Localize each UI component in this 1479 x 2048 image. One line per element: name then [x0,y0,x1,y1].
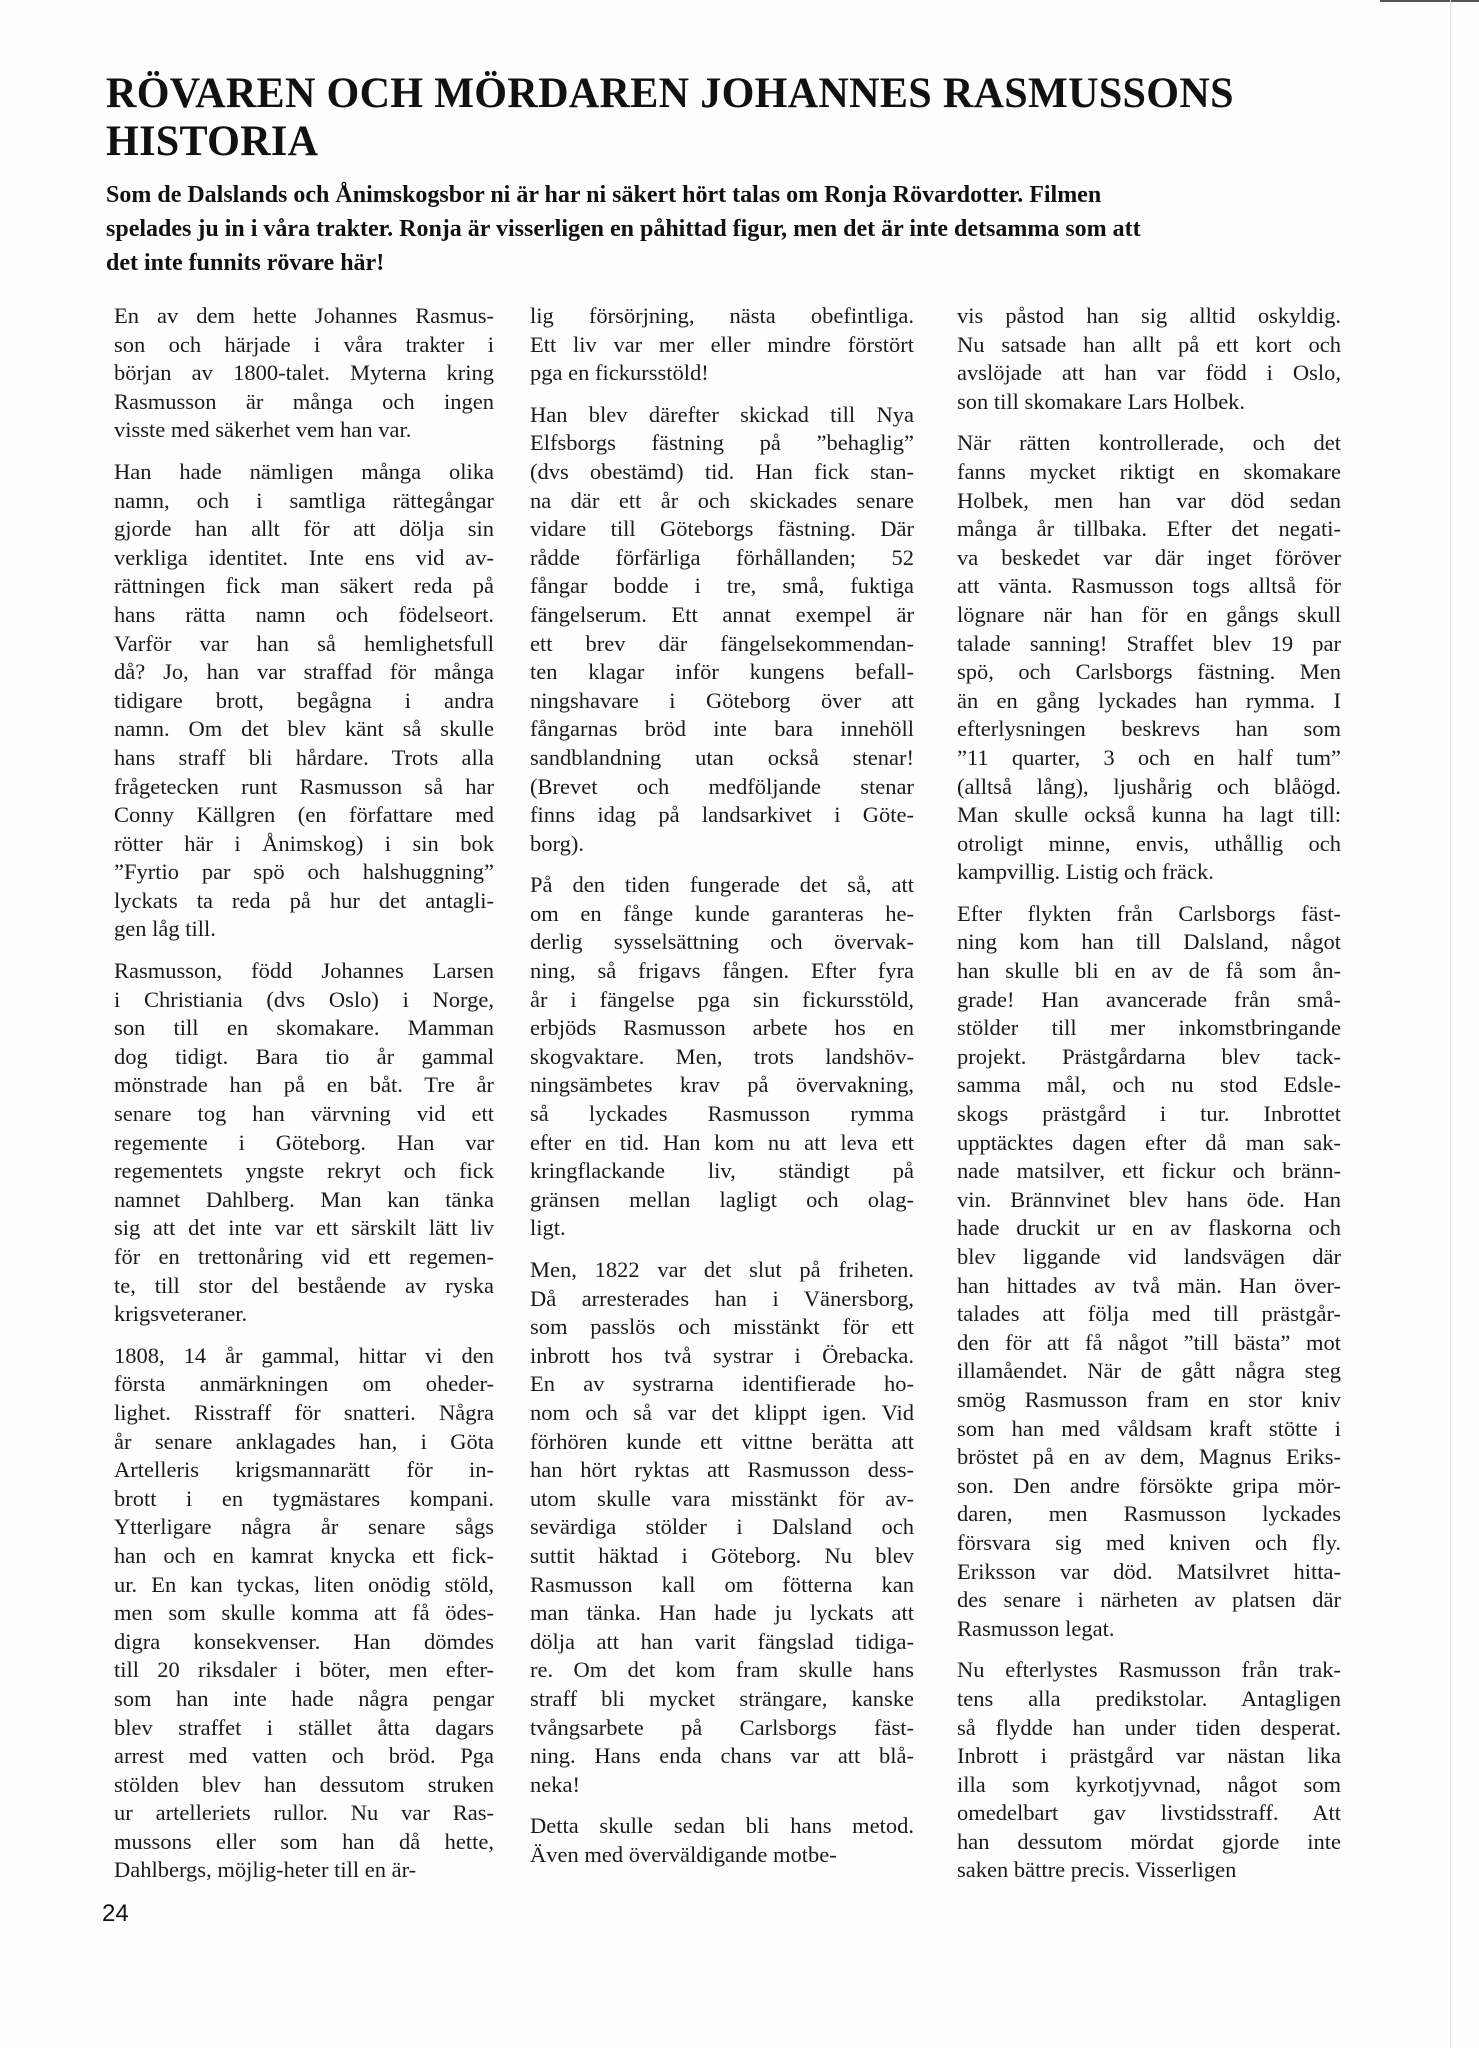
paragraph: Nu efterlystes Rasmusson från trak-tens … [957,1656,1341,1885]
text-line: gen låg till. [114,915,494,944]
text-line: bröstet på en av dem, Magnus Eriks- [957,1443,1341,1472]
body-column-2: lig försörjning, nästa obefintliga.Ett l… [530,302,914,1882]
text-line: för en trettonåring vid ett regemen- [114,1243,494,1272]
text-line: som han inte hade några pengar [114,1685,494,1714]
text-line: kampvillig. Listig och fräck. [957,858,1341,887]
text-line: samma mål, och nu stod Edsle- [957,1071,1341,1100]
text-line: sig att det inte var ett särskilt lätt l… [114,1214,494,1243]
text-line: På den tiden fungerade det så, att [530,871,914,900]
text-line: hade druckit ur en av flaskorna och [957,1214,1341,1243]
text-line: (dvs obestämd) tid. Han fick stan- [530,458,914,487]
text-line: stölder till mer inkomstbringande [957,1014,1341,1043]
text-line: talade sanning! Straffet blev 19 par [957,630,1341,659]
text-line: Dahlbergs, möjlig-heter till en är- [114,1856,494,1885]
text-line: Varför var han så hemlighetsfull [114,630,494,659]
text-line: vis påstod han sig alltid oskyldig. [957,302,1341,331]
text-line: efterlysningen beskrevs han som [957,715,1341,744]
text-line: namnet Dahlberg. Man kan tänka [114,1186,494,1215]
text-line: straff bli mycket strängare, kanske [530,1685,914,1714]
text-line: Då arresterades han i Vänersborg, [530,1285,914,1314]
paragraph: Detta skulle sedan bli hans metod.Även m… [530,1812,914,1869]
text-line: 1808, 14 år gammal, hittar vi den [114,1342,494,1371]
text-line: En av dem hette Johannes Rasmus- [114,302,494,331]
text-line: han hört ryktas att Rasmusson dess- [530,1456,914,1485]
text-line: så lyckades Rasmusson rymma [530,1100,914,1129]
text-line: rättningen fick man säkert reda på [114,572,494,601]
text-line: När rätten kontrollerade, och det [957,429,1341,458]
article-lead: Som de Dalslands och Ånimskogsbor ni är … [106,178,1356,280]
text-line: tens alla predikstolar. Antagligen [957,1685,1341,1714]
text-line: arrest med vatten och bröd. Pga [114,1742,494,1771]
text-line: sandblandning utan också stenar! [530,744,914,773]
text-line: Elfsborgs fästning på ”behaglig” [530,429,914,458]
text-line: Han blev därefter skickad till Nya [530,401,914,430]
text-line: son till skomakare Lars Holbek. [957,388,1341,417]
paragraph: Han blev därefter skickad till NyaElfsbo… [530,401,914,859]
paragraph: lig försörjning, nästa obefintliga.Ett l… [530,302,914,388]
text-line: Rasmusson är många och ingen [114,388,494,417]
text-line: tvångsarbete på Carlsborgs fäst- [530,1714,914,1743]
text-line: vin. Brännvinet blev hans öde. Han [957,1186,1341,1215]
text-line: son till en skomakare. Mamman [114,1014,494,1043]
text-line: ”Fyrtio par spö och halshuggning” [114,858,494,887]
text-line: regementets yngste rekryt och fick [114,1157,494,1186]
text-line: illamåendet. När de gått några steg [957,1357,1341,1386]
text-line: han hittades av två män. Han över- [957,1272,1341,1301]
text-line: Han hade nämligen många olika [114,458,494,487]
text-line: år i fängelse pga sin fickursstöld, [530,986,914,1015]
text-line: neka! [530,1771,914,1800]
paragraph: Efter flykten från Carlsborgs fäst-ning … [957,900,1341,1643]
text-line: fångar bodde i tre, små, fuktiga [530,572,914,601]
text-line: fångarnas bröd inte bara innehöll [530,715,914,744]
headline-line-1: RÖVAREN OCH MÖRDAREN JOHANNES RASMUSSONS [106,70,1370,118]
paragraph: När rätten kontrollerade, och detfanns m… [957,429,1341,887]
text-line: Rasmusson kall om fötterna kan [530,1571,914,1600]
text-line: Artelleris krigsmannarätt för in- [114,1456,494,1485]
text-line: Även med överväldigande motbe- [530,1841,914,1870]
paragraph: Men, 1822 var det slut på friheten.Då ar… [530,1256,914,1799]
text-line: kringflackande liv, ständigt på [530,1157,914,1186]
text-line: efter en tid. Han kom nu att leva ett [530,1129,914,1158]
text-line: Eriksson var död. Matsilvret hitta- [957,1558,1341,1587]
text-line: otroligt minne, envis, uthållig och [957,830,1341,859]
text-line: Inbrott i prästgård var nästan lika [957,1742,1341,1771]
text-line: des senare i närheten av platsen där [957,1586,1341,1615]
text-line: försvara sig med kniven och fly. [957,1529,1341,1558]
lead-line-1: Som de Dalslands och Ånimskogsbor ni är … [106,178,1356,212]
text-line: skogs prästgård i tur. Inbrottet [957,1100,1341,1129]
text-line: En av systrarna identifierade ho- [530,1370,914,1399]
lead-line-2: spelades ju in i våra trakter. Ronja är … [106,212,1356,246]
text-line: till 20 riksdaler i böter, men efter- [114,1656,494,1685]
paragraph: Rasmusson, född Johannes Larseni Christi… [114,957,494,1329]
text-line: nade matsilver, ett fickur och bränn- [957,1157,1341,1186]
text-line: lyckats ta reda på hur det antagli- [114,887,494,916]
text-line: gränsen mellan lagligt och olag- [530,1186,914,1215]
text-line: mönstrade han på en båt. Tre år [114,1071,494,1100]
paragraph: 1808, 14 år gammal, hittar vi denförsta … [114,1342,494,1885]
text-line: första anmärkningen om oheder- [114,1370,494,1399]
text-line: grade! Han avancerade från små- [957,986,1341,1015]
text-line: (Brevet och medföljande stenar [530,773,914,802]
scan-edge-mark [1380,0,1479,2]
text-line: ur artelleriets rullor. Nu var Ras- [114,1799,494,1828]
text-line: derlig sysselsättning och övervak- [530,928,914,957]
paragraph: vis påstod han sig alltid oskyldig.Nu sa… [957,302,1341,416]
text-line: upptäcktes dagen efter då man sak- [957,1129,1341,1158]
text-line: Nu satsade han allt på ett kort och [957,331,1341,360]
text-line: (alltså lång), ljushårig och blåögd. [957,773,1341,802]
paragraph: Han hade nämligen många olikanamn, och i… [114,458,494,944]
text-line: om en fånge kunde garanteras he- [530,900,914,929]
text-line: än en gång lyckades han rymma. I [957,687,1341,716]
scan-fold-line [1450,0,1451,2048]
text-line: utom skulle vara misstänkt för av- [530,1485,914,1514]
text-line: regemente i Göteborg. Han var [114,1129,494,1158]
text-line: Man skulle också kunna ha lagt till: [957,801,1341,830]
text-line: spö, och Carlsborgs fästning. Men [957,658,1341,687]
text-line: ning kom han till Dalsland, något [957,928,1341,957]
text-line: nom och så var det klippt igen. Vid [530,1399,914,1428]
text-line: namn, och i samtliga rättegångar [114,487,494,516]
text-line: som han med våldsam kraft stötte i [957,1415,1341,1444]
text-line: talades att följa med till prästgår- [957,1300,1341,1329]
text-line: dog tidigt. Bara tio år gammal [114,1043,494,1072]
text-line: re. Om det kom fram skulle hans [530,1656,914,1685]
text-line: blev liggande vid landsvägen där [957,1243,1341,1272]
text-line: smög Rasmusson fram en stor kniv [957,1386,1341,1415]
text-line: Men, 1822 var det slut på friheten. [530,1256,914,1285]
text-line: han skulle bli en av de få som ån- [957,957,1341,986]
text-line: avslöjade att han var född i Oslo, [957,359,1341,388]
text-line: verkliga identitet. Inte ens vid av- [114,544,494,573]
text-line: man tänka. Han hade ju lyckats att [530,1599,914,1628]
paragraph: På den tiden fungerade det så, attom en … [530,871,914,1243]
text-line: rötter här i Ånimskog) i sin bok [114,830,494,859]
text-line: ning, så frigavs fången. Efter fyra [530,957,914,986]
text-line: skogvaktare. Men, trots landshöv- [530,1043,914,1072]
text-line: blev straffet i stället åtta dagars [114,1714,494,1743]
text-line: i Christiania (dvs Oslo) i Norge, [114,986,494,1015]
text-line: ligt. [530,1214,914,1243]
text-line: förhören kunde ett vittne berätta att [530,1428,914,1457]
text-line: ningsämbetes krav på övervakning, [530,1071,914,1100]
text-line: borg). [530,830,914,859]
page-number: 24 [102,1900,129,1928]
text-line: men som skulle komma att få ödes- [114,1599,494,1628]
text-line: lögnare när han för en gångs skull [957,601,1341,630]
text-line: ten klagar inför kungens befall- [530,658,914,687]
text-line: omedelbart gav livstidsstraff. Att [957,1799,1341,1828]
text-line: Ett liv var mer eller mindre förstört [530,331,914,360]
text-line: inbrott hos två systrar i Örebacka. [530,1342,914,1371]
text-line: son och härjade i våra trakter i [114,331,494,360]
text-line: vidare till Göteborgs fästning. Där [530,515,914,544]
text-line: Holbek, men han var död sedan [957,487,1341,516]
text-line: lig försörjning, nästa obefintliga. [530,302,914,331]
text-line: ”11 quarter, 3 och en half tum” [957,744,1341,773]
text-line: att vänta. Rasmusson togs alltså för [957,572,1341,601]
text-line: fanns mycket riktigt en skomakare [957,458,1341,487]
text-line: stölden blev han dessutom struken [114,1771,494,1800]
body-column-3: vis påstod han sig alltid oskyldig.Nu sa… [957,302,1341,1898]
text-line: ning. Hans enda chans var att blå- [530,1742,914,1771]
text-line: va beskedet var där inget föröver [957,544,1341,573]
text-line: år senare anklagades han, i Göta [114,1428,494,1457]
text-line: början av 1800-talet. Myterna kring [114,359,494,388]
body-column-1: En av dem hette Johannes Rasmus-son och … [114,302,494,1898]
text-line: senare tog han värvning vid ett [114,1100,494,1129]
text-line: krigsveteraner. [114,1300,494,1329]
text-line: digra konsekvenser. Han dömdes [114,1628,494,1657]
text-line: tidigare brott, begågna i andra [114,687,494,716]
headline-line-2: HISTORIA [106,118,1370,166]
text-line: många år tillbaka. Efter det negati- [957,515,1341,544]
text-line: Conny Källgren (en författare med [114,801,494,830]
text-line: som passlös och misstänkt för ett [530,1313,914,1342]
text-line: namn. Om det blev känt så skulle [114,715,494,744]
text-line: son. Den andre försökte gripa mör- [957,1472,1341,1501]
text-line: Ytterligare några år senare sågs [114,1513,494,1542]
text-line: frågetecken runt Rasmusson så har [114,773,494,802]
text-line: daren, men Rasmusson lyckades [957,1500,1341,1529]
text-line: han och en kamrat knycka ett fick- [114,1542,494,1571]
text-line: brott i en tygmästares kompani. [114,1485,494,1514]
magazine-page: RÖVAREN OCH MÖRDAREN JOHANNES RASMUSSONS… [0,0,1479,2048]
text-line: visste med säkerhet vem han var. [114,416,494,445]
text-line: ur. En kan tyckas, liten onödig stöld, [114,1571,494,1600]
text-line: så flydde han under tiden desperat. [957,1714,1341,1743]
text-line: hans straff bli hårdare. Trots alla [114,744,494,773]
text-line: ningshavare i Göteborg över att [530,687,914,716]
text-line: projekt. Prästgårdarna blev tack- [957,1043,1341,1072]
text-line: gjorde han allt för att dölja sin [114,515,494,544]
text-line: ett brev där fängelsekommendan- [530,630,914,659]
text-line: han dessutom mördat gjorde inte [957,1828,1341,1857]
text-line: hans rätta namn och födelseort. [114,601,494,630]
text-line: sevärdiga stölder i Dalsland och [530,1513,914,1542]
text-line: lighet. Risstraff för snatteri. Några [114,1399,494,1428]
text-line: Detta skulle sedan bli hans metod. [530,1812,914,1841]
text-line: Nu efterlystes Rasmusson från trak- [957,1656,1341,1685]
text-line: dölja att han varit fängslad tidiga- [530,1628,914,1657]
text-line: Rasmusson legat. [957,1615,1341,1644]
text-line: Efter flykten från Carlsborgs fäst- [957,900,1341,929]
text-line: den för att få något ”till bästa” mot [957,1329,1341,1358]
text-line: suttit häktad i Göteborg. Nu blev [530,1542,914,1571]
text-line: mussons eller som han då hette, [114,1828,494,1857]
paragraph: En av dem hette Johannes Rasmus-son och … [114,302,494,445]
text-line: illa som kyrkotjyvnad, något som [957,1771,1341,1800]
text-line: te, till stor del bestående av ryska [114,1272,494,1301]
text-line: erbjöds Rasmusson arbete hos en [530,1014,914,1043]
text-line: då? Jo, han var straffad för många [114,658,494,687]
text-line: fängelserum. Ett annat exempel är [530,601,914,630]
text-line: na där ett år och skickades senare [530,487,914,516]
text-line: pga en fickursstöld! [530,359,914,388]
text-line: saken bättre precis. Visserligen [957,1856,1341,1885]
text-line: finns idag på landsarkivet i Göte- [530,801,914,830]
lead-line-3: det inte funnits rövare här! [106,246,1356,280]
text-line: Rasmusson, född Johannes Larsen [114,957,494,986]
article-headline: RÖVAREN OCH MÖRDAREN JOHANNES RASMUSSONS… [106,70,1370,166]
text-line: rådde förfärliga förhållanden; 52 [530,544,914,573]
